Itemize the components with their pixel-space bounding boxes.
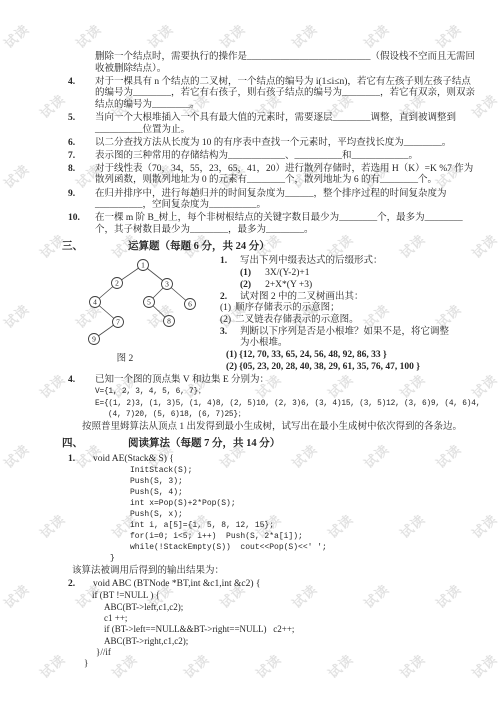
code-line: ABC(BT->right,c1,c2); bbox=[104, 636, 479, 647]
section-label: 四、 bbox=[62, 437, 128, 450]
function-signature: void AE(Stack& S) { bbox=[93, 454, 174, 464]
question-number: 7. bbox=[68, 151, 75, 163]
prim-instruction: 按照普里姆算法从顶点 1 出发得到最小生成树，试写出在最小生成树中依次得到的各条… bbox=[62, 422, 479, 434]
function-signature: void ABC (BTNode *BT,int &c1,int &c2) { bbox=[93, 579, 260, 589]
sub-item: (1)顺序存储表示的示意图； bbox=[220, 303, 479, 315]
sub-item-text: 二叉链表存储表示的示意图。 bbox=[235, 315, 359, 325]
sub-item: (1)3X/(Y-2)+1 bbox=[240, 268, 479, 280]
code-line: InitStack(S); bbox=[130, 465, 479, 476]
question-9: 9. 在归并排序中，进行每趟归并的时间复杂度为______，整个排序过程的时间复… bbox=[62, 189, 479, 212]
code-line: if (BT->left==NULL&&BT->right==NULL) c2+… bbox=[104, 624, 479, 635]
sub-item-tag: (2) bbox=[240, 280, 251, 290]
tree-node-label: 5 bbox=[147, 298, 151, 307]
question-number: 10. bbox=[68, 213, 80, 225]
expression: 3X/(Y-2)+1 bbox=[265, 268, 309, 278]
question-text: 已知一个图的顶点集 V 和边集 E 分别为： bbox=[95, 375, 269, 385]
code-line: int i, a[5]={1, 5, 8, 12, 15}; bbox=[130, 520, 479, 531]
sub-item-tag: (1) bbox=[226, 350, 237, 360]
sequence-values: {12, 70, 33, 65, 24, 56, 48, 92, 86, 33 … bbox=[239, 350, 387, 360]
document-page: 试读试读试读试读试读试读试读试读试读试读试读试读试读试读试读试读试读试读试读试读… bbox=[0, 0, 499, 706]
section-title: 阅读算法（每题 7 分，共 14 分） bbox=[128, 438, 280, 449]
section-3-questions: 1. 写出下列中缀表达式的后缀形式： (1)3X/(Y-2)+1 (2)2+X*… bbox=[218, 256, 479, 373]
question-continuation: 删除一个结点时，需要执行的操作是________________________… bbox=[62, 52, 479, 75]
question-text: 对于线性表（70，34，55，23，65，41，20）进行散列存储时，若选用 H… bbox=[95, 164, 473, 186]
tree-node-label: 2 bbox=[115, 279, 119, 288]
section-4-header: 四、阅读算法（每题 7 分，共 14 分） bbox=[62, 437, 479, 450]
sub-item-tag: (1) bbox=[240, 268, 251, 278]
section-title: 运算题（每题 6 分，共 24 分） bbox=[128, 241, 270, 252]
result-prompt: 该算法被调用后得到的输出结果为： bbox=[72, 565, 479, 577]
code-line: c1 ++; bbox=[104, 613, 479, 624]
code-line: for(i=0; i<5; i++) Push(S, 2*a[i]); bbox=[130, 531, 479, 542]
calc-question-2: 2. 试对图 2 中的二叉树画出其： bbox=[220, 292, 479, 304]
question-7: 7. 表示图的三种常用的存储结构为____________、__________… bbox=[62, 151, 479, 163]
figure-caption: 图 2 bbox=[70, 350, 180, 364]
question-text: 写出下列中缀表达式的后缀形式： bbox=[240, 256, 458, 268]
binary-tree-figure: 123456789 bbox=[70, 256, 210, 348]
edge-set-line-2: (4, 7)20, (5, 6)18, (6, 7)25}； bbox=[108, 410, 479, 422]
question-number: 4. bbox=[68, 77, 75, 89]
question-text: 判断以下序列是否是小根堆？如果不是，将它调整为小根堆。 bbox=[240, 327, 458, 350]
code-line: ABC(BT->left,c1,c2); bbox=[104, 602, 479, 613]
vertex-set: V={1, 2, 3, 4, 5, 6, 7}； bbox=[95, 387, 479, 399]
question-5: 5. 当向一个大根堆插入一个具有最大值的元素时，需要逐层________调整，直… bbox=[62, 113, 479, 136]
question-text: 在归并排序中，进行每趟归并的时间复杂度为______，整个排序过程的时间复杂度为… bbox=[95, 189, 447, 211]
sequence-1: (1){12, 70, 33, 65, 24, 56, 48, 92, 86, … bbox=[226, 350, 479, 362]
question-text: 以二分查找方法从长度为 10 的有序表中查找一个元素时，平均查找长度为_____… bbox=[95, 138, 451, 148]
figure-2: 123456789 图 2 bbox=[70, 256, 218, 364]
algorithm-2: 2.void ABC (BTNode *BT,int &c1,int &c2) … bbox=[62, 578, 479, 669]
question-6: 6. 以二分查找方法从长度为 10 的有序表中查找一个元素时，平均查找长度为__… bbox=[62, 138, 479, 150]
code-line: if (BT !=NULL ) { bbox=[92, 590, 479, 601]
code-line: Push(S, 4); bbox=[130, 487, 479, 498]
code-line: } bbox=[84, 658, 479, 669]
section-3-header: 三、运算题（每题 6 分，共 24 分） bbox=[62, 240, 479, 253]
code-line: Push(S, 3); bbox=[130, 476, 479, 487]
tree-node-label: 3 bbox=[165, 280, 169, 289]
question-number: 4. bbox=[68, 375, 75, 387]
tree-node-label: 4 bbox=[93, 298, 97, 307]
question-text: 在一棵 m 阶 B_树上，每个非树根结点的关键字数目最少为________个，最… bbox=[95, 213, 463, 235]
tree-node-label: 9 bbox=[92, 335, 96, 344]
edge-set-line-1: E={(1, 2)3, (1, 3)5, (1, 4)8, (2, 5)10, … bbox=[95, 399, 479, 411]
code-line: while(!StackEmpty(S)) cout<<Pop(S)<<' '; bbox=[130, 542, 479, 553]
question-8: 8. 对于线性表（70，34，55，23，65，41，20）进行散列存储时，若选… bbox=[62, 164, 479, 187]
expression: 2+X*(Y +3) bbox=[265, 280, 312, 290]
algorithm-2-signature: 2.void ABC (BTNode *BT,int &c1,int &c2) … bbox=[62, 578, 479, 590]
question-number: 6. bbox=[68, 138, 75, 150]
question-10: 10. 在一棵 m 阶 B_树上，每个非树根结点的关键字数目最少为_______… bbox=[62, 213, 479, 236]
question-number: 8. bbox=[68, 164, 75, 176]
question-number: 2. bbox=[68, 578, 75, 590]
question-4: 4. 对于一棵具有 n 个结点的二叉树，一个结点的编号为 i(1≤i≤n)，若它… bbox=[62, 77, 479, 112]
section-3-body: 123456789 图 2 1. 写出下列中缀表达式的后缀形式： (1)3X/(… bbox=[62, 256, 479, 373]
calc-question-4: 4. 已知一个图的顶点集 V 和边集 E 分别为： bbox=[62, 375, 479, 387]
sub-item: (2)2+X*(Y +3) bbox=[240, 280, 479, 292]
question-number: 1. bbox=[68, 453, 75, 465]
question-number: 9. bbox=[68, 189, 75, 201]
section-label: 三、 bbox=[62, 240, 128, 253]
sequence-values: {05, 23, 20, 28, 40, 38, 29, 61, 35, 76,… bbox=[239, 362, 420, 372]
sequence-2: (2){05, 23, 20, 28, 40, 38, 29, 61, 35, … bbox=[226, 362, 479, 374]
sub-item-text: 顺序存储表示的示意图； bbox=[235, 303, 340, 313]
calc-question-3: 3. 判断以下序列是否是小根堆？如果不是，将它调整为小根堆。 bbox=[220, 327, 479, 350]
question-number: 2. bbox=[220, 292, 227, 304]
tree-node-label: 1 bbox=[141, 261, 145, 270]
code-line: int x=Pop(S)+2*Pop(S); bbox=[130, 498, 479, 509]
sub-item: (2)二叉链表存储表示的示意图。 bbox=[220, 315, 479, 327]
question-text: 表示图的三种常用的存储结构为____________、__________和__… bbox=[95, 151, 418, 161]
algorithm-1: 1.void AE(Stack& S) { InitStack(S); Push… bbox=[62, 453, 479, 577]
sub-item-tag: (1) bbox=[220, 303, 231, 313]
tree-node-label: 7 bbox=[116, 318, 120, 327]
question-text: 试对图 2 中的二叉树画出其： bbox=[240, 292, 458, 304]
algorithm-1-signature: 1.void AE(Stack& S) { bbox=[62, 453, 479, 465]
question-number: 5. bbox=[68, 113, 75, 125]
tree-node-label: 6 bbox=[188, 300, 192, 309]
sub-item-tag: (2) bbox=[226, 362, 237, 372]
question-number: 3. bbox=[220, 327, 227, 339]
calc-question-1: 1. 写出下列中缀表达式的后缀形式： bbox=[220, 256, 479, 268]
question-text: 对于一棵具有 n 个结点的二叉树，一个结点的编号为 i(1≤i≤n)，若它有左孩… bbox=[95, 77, 475, 110]
code-line: Push(S, x); bbox=[130, 509, 479, 520]
sub-item-tag: (2) bbox=[220, 315, 231, 325]
document-content: 删除一个结点时，需要执行的操作是________________________… bbox=[0, 0, 499, 669]
tree-node-label: 8 bbox=[167, 317, 171, 326]
code-line: } bbox=[110, 553, 479, 564]
question-text: 当向一个大根堆插入一个具有最大值的元素时，需要逐层________调整，直到被调… bbox=[95, 113, 456, 135]
question-number: 1. bbox=[220, 256, 227, 268]
code-line: }//if bbox=[96, 647, 479, 658]
